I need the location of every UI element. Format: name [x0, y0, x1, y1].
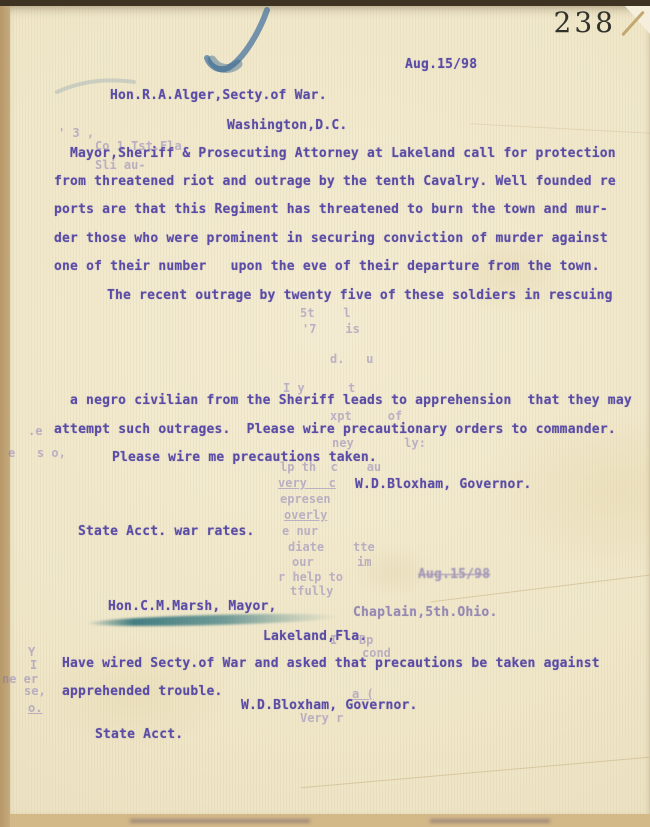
ghost-text: 5t l: [300, 306, 351, 320]
letter1-account-note: State Acct. war rates.: [78, 524, 255, 539]
ghost-text: Sli au-: [95, 158, 146, 172]
letter1-body-line: from threatened riot and outrage by the …: [54, 174, 616, 189]
letter1-date: Aug.15/98: [405, 57, 477, 72]
page-edge-bottom: [10, 814, 650, 827]
page-edge-top: [0, 0, 650, 6]
letter1-body-line: der those who were prominent in securing…: [54, 231, 608, 246]
ghost-text: cond: [362, 646, 391, 660]
ghost-text: ' 3 ,: [58, 126, 94, 140]
ghost-text: '7 is: [302, 322, 360, 336]
ghost-text: diate tte: [288, 540, 375, 554]
ghost-text: a (: [352, 687, 374, 701]
letter2-date: Aug.15/98: [418, 567, 490, 582]
ghost-text: I y t: [283, 381, 355, 395]
ghost-text: xpt of: [330, 409, 402, 423]
ghost-text: Very r: [300, 711, 343, 725]
bleed-through-smudge: [430, 819, 550, 823]
letter2-notation: Chaplain,5th.Ohio.: [353, 605, 497, 620]
bleed-through-smudge: [130, 819, 310, 823]
letter1-body-line: ports are that this Regiment has threate…: [54, 202, 608, 217]
letter1-address: Washington,D.C.: [227, 118, 347, 133]
ghost-text: epresen: [280, 492, 331, 506]
check-mark: [190, 0, 290, 90]
ghost-text: tfully: [290, 584, 333, 598]
page-edge-left: [0, 6, 10, 827]
letter2-body-line: apprehended trouble.: [62, 684, 223, 699]
ghost-text: e s o,: [8, 446, 66, 460]
letter1-recipient: Hon.R.A.Alger,Secty.of War.: [110, 88, 327, 103]
letter2-recipient: Hon.C.M.Marsh, Mayor,: [108, 599, 277, 614]
document-page: 238 Aug.15/98 Hon.R.A.Alger,Secty.of War…: [0, 0, 650, 827]
ghost-text: e nur: [282, 524, 318, 538]
ghost-text: Y: [28, 645, 35, 659]
ghost-text: .e: [28, 424, 42, 438]
ghost-text: Co 1 Tst.Fla.: [95, 139, 189, 153]
letter2-account-note: State Acct.: [95, 727, 183, 742]
ghost-text: se,: [24, 684, 46, 698]
ghost-text: d. u: [330, 352, 373, 366]
ghost-text: our im: [292, 555, 371, 569]
ghost-text: I: [30, 658, 37, 672]
letter1-signature: W.D.Bloxham, Governor.: [355, 477, 532, 492]
ghost-text: o.: [28, 701, 42, 715]
letter1-body-line: a negro civilian from the Sheriff leads …: [70, 393, 632, 408]
letter1-body-line: one of their number upon the eve of thei…: [54, 259, 600, 274]
ghost-text: I Bp: [330, 633, 373, 647]
letter1-body-line: attempt such outrages. Please wire preca…: [54, 422, 616, 437]
ghost-text: very c: [278, 476, 336, 490]
letter1-body-line: The recent outrage by twenty five of the…: [107, 288, 613, 303]
letter2-body-line: Have wired Secty.of War and asked that p…: [62, 656, 600, 671]
ghost-text: r help to: [278, 570, 343, 584]
ghost-text: overly: [284, 508, 327, 522]
ghost-text: ney ly:: [332, 436, 426, 450]
page-number: 238: [554, 6, 616, 39]
ghost-text: lp th c au: [280, 460, 381, 474]
